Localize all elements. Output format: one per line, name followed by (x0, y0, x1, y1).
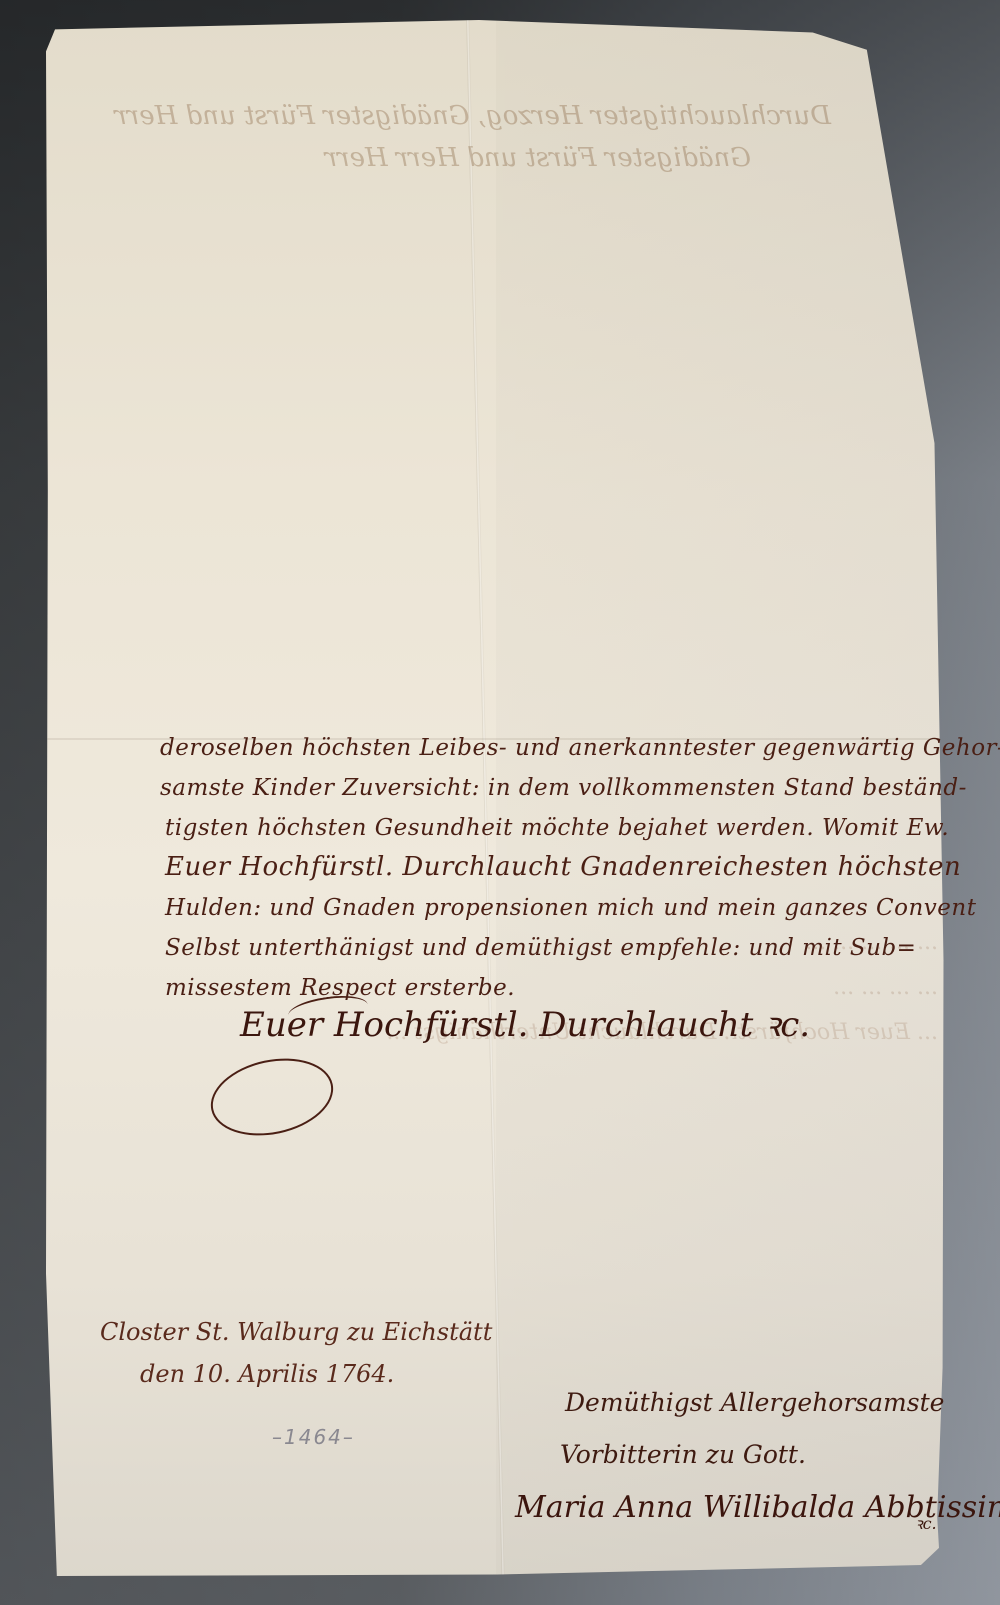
signature-line: Vorbitterin zu Gott. (560, 1440, 806, 1469)
bleed-line: Durchlauchtigster Herzog, Gnädigster Für… (111, 95, 831, 137)
signature-suffix: ꝛc. (915, 1512, 937, 1534)
letter-line: Selbst unterthänigst und demüthigst empf… (165, 935, 916, 961)
dateline-date: den 10. Aprilis 1764. (140, 1360, 394, 1388)
letter-line: Euer Hochfürstl. Durchlaucht Gnadenreich… (165, 852, 961, 882)
bleed-line: Gnädigster Fürst und Herr Herr (111, 137, 831, 179)
letter-line: deroselben höchsten Leibes- und anerkann… (160, 735, 1000, 761)
manuscript-page: Durchlauchtigster Herzog, Gnädigster Für… (46, 20, 948, 1587)
page-shading (496, 20, 948, 1587)
letter-line: tigsten höchsten Gesundheit möchte bejah… (165, 815, 949, 841)
bleed-through-text-top: Durchlauchtigster Herzog, Gnädigster Für… (111, 95, 831, 179)
letter-line: samste Kinder Zuversicht: in dem vollkom… (160, 775, 967, 801)
archive-pencil-number: –1464– (272, 1425, 355, 1449)
signature-line: Demüthigst Allergehorsamste (565, 1388, 944, 1417)
letter-line: Hulden: und Gnaden propensionen mich und… (165, 895, 976, 921)
dateline-place: Closter St. Walburg zu Eichstätt (100, 1318, 492, 1346)
